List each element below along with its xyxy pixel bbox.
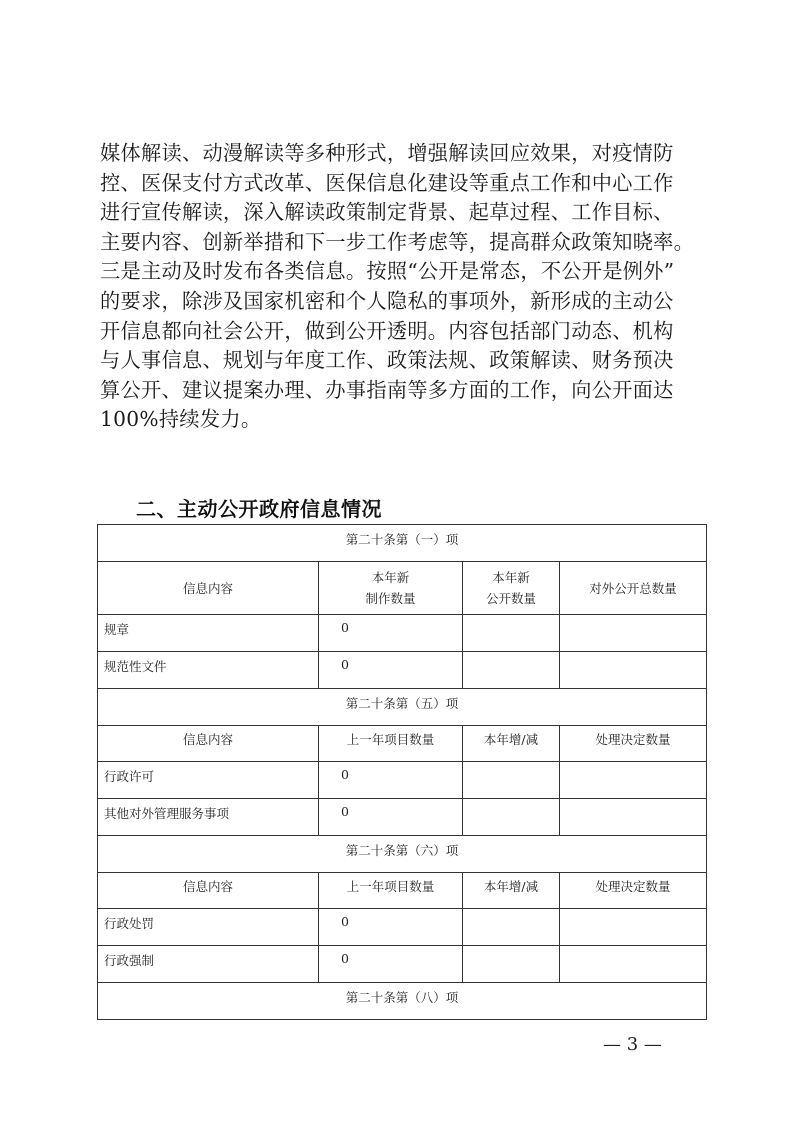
row-label: 其他对外管理服务事项 bbox=[98, 799, 319, 836]
row-value bbox=[463, 762, 560, 799]
row-value bbox=[560, 652, 707, 689]
header-new-published-count: 本年新 公开数量 bbox=[463, 562, 560, 615]
row-value bbox=[463, 799, 560, 836]
body-line: 算公开、建议提案办理、办事指南等多方面的工作，向公开面达 bbox=[100, 376, 705, 406]
table-row: 规范性文件 0 bbox=[98, 652, 707, 689]
body-paragraph: 媒体解读、动漫解读等多种形式，增强解读回应效果，对疫情防 控、医保支付方式改革、… bbox=[100, 139, 705, 435]
row-value bbox=[560, 799, 707, 836]
header-info-content: 信息内容 bbox=[98, 726, 319, 762]
row-value bbox=[463, 615, 560, 652]
header-line: 公开数量 bbox=[463, 588, 559, 609]
row-label: 规范性文件 bbox=[98, 652, 319, 689]
row-label: 行政许可 bbox=[98, 762, 319, 799]
row-value bbox=[560, 946, 707, 983]
body-line: 100%持续发力。 bbox=[100, 405, 705, 435]
body-line: 开信息都向社会公开，做到公开透明。内容包括部门动态、机构 bbox=[100, 317, 705, 347]
table-row: 行政处罚 0 bbox=[98, 909, 707, 946]
header-row: 信息内容 上一年项目数量 本年增/减 处理决定数量 bbox=[98, 726, 707, 762]
section-title-row: 第二十条第（六）项 bbox=[98, 836, 707, 873]
table-row: 规章 0 bbox=[98, 615, 707, 652]
row-value bbox=[463, 652, 560, 689]
header-new-made-count: 本年新 制作数量 bbox=[319, 562, 463, 615]
row-value bbox=[463, 909, 560, 946]
section-title: 第二十条第（一）项 bbox=[98, 525, 707, 562]
row-value bbox=[463, 946, 560, 983]
row-value: 0 bbox=[319, 946, 463, 983]
table-row: 行政强制 0 bbox=[98, 946, 707, 983]
section-title: 第二十条第（六）项 bbox=[98, 836, 707, 873]
row-label: 行政强制 bbox=[98, 946, 319, 983]
row-value bbox=[560, 762, 707, 799]
body-line: 控、医保支付方式改革、医保信息化建设等重点工作和中心工作 bbox=[100, 169, 705, 199]
page-number: — 3 — bbox=[603, 1034, 662, 1055]
disclosure-table: 第二十条第（一）项 信息内容 本年新 制作数量 本年新 公开数量 对外公开总数量… bbox=[97, 524, 707, 1020]
row-value: 0 bbox=[319, 799, 463, 836]
row-value: 0 bbox=[319, 652, 463, 689]
row-value bbox=[560, 909, 707, 946]
header-row: 信息内容 上一年项目数量 本年增/减 处理决定数量 bbox=[98, 873, 707, 909]
row-value: 0 bbox=[319, 615, 463, 652]
header-decision-count: 处理决定数量 bbox=[560, 726, 707, 762]
row-label: 规章 bbox=[98, 615, 319, 652]
row-value bbox=[560, 615, 707, 652]
section-title: 第二十条第（八）项 bbox=[98, 983, 707, 1020]
section-title-row: 第二十条第（八）项 bbox=[98, 983, 707, 1020]
body-line: 三是主动及时发布各类信息。按照“公开是常态，不公开是例外” bbox=[100, 257, 705, 287]
header-prev-year-count: 上一年项目数量 bbox=[319, 873, 463, 909]
table-row: 其他对外管理服务事项 0 bbox=[98, 799, 707, 836]
body-line: 主要内容、创新举措和下一步工作考虑等，提高群众政策知晓率。 bbox=[100, 228, 705, 258]
table-row: 行政许可 0 bbox=[98, 762, 707, 799]
header-line: 制作数量 bbox=[319, 588, 462, 609]
header-prev-year-count: 上一年项目数量 bbox=[319, 726, 463, 762]
header-decision-count: 处理决定数量 bbox=[560, 873, 707, 909]
body-line: 与人事信息、规划与年度工作、政策法规、政策解读、财务预决 bbox=[100, 346, 705, 376]
header-line: 本年新 bbox=[319, 567, 462, 588]
body-line: 媒体解读、动漫解读等多种形式，增强解读回应效果，对疫情防 bbox=[100, 139, 705, 169]
section-title: 第二十条第（五）项 bbox=[98, 689, 707, 726]
header-info-content: 信息内容 bbox=[98, 873, 319, 909]
header-change: 本年增/减 bbox=[463, 726, 560, 762]
header-line: 本年新 bbox=[463, 567, 559, 588]
row-label: 行政处罚 bbox=[98, 909, 319, 946]
body-line: 的要求，除涉及国家机密和个人隐私的事项外，新形成的主动公 bbox=[100, 287, 705, 317]
row-value: 0 bbox=[319, 762, 463, 799]
header-row: 信息内容 本年新 制作数量 本年新 公开数量 对外公开总数量 bbox=[98, 562, 707, 615]
section-heading: 二、主动公开政府信息情况 bbox=[136, 493, 382, 522]
header-info-content: 信息内容 bbox=[98, 562, 319, 615]
row-value: 0 bbox=[319, 909, 463, 946]
body-line: 进行宣传解读，深入解读政策制定背景、起草过程、工作目标、 bbox=[100, 198, 705, 228]
header-change: 本年增/减 bbox=[463, 873, 560, 909]
section-title-row: 第二十条第（一）项 bbox=[98, 525, 707, 562]
section-title-row: 第二十条第（五）项 bbox=[98, 689, 707, 726]
header-total-public-count: 对外公开总数量 bbox=[560, 562, 707, 615]
